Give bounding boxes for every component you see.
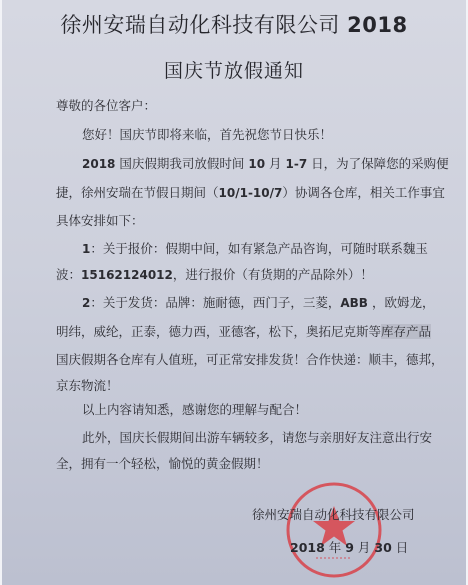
item2-highlight: 库存产品 [381, 324, 431, 339]
para1-text: 捷，徐州安瑞在节假日期间（ [56, 185, 219, 200]
para1-date-range: 10/1-10/7 [219, 186, 283, 200]
closing2-line2: 全，拥有一个轻松，愉悦的黄金假期！ [56, 454, 269, 472]
item1-text: ，进行报价（有货期的产品除外）！ [173, 267, 373, 282]
item1-line2: 波：15162124012，进行报价（有货期的产品除外）！ [56, 265, 373, 283]
closing2-line1: 此外，国庆长假期间出游车辆较多，请您与亲朋好友注意出行安 [82, 428, 432, 446]
greeting: 您好！国庆节即将来临，首先祝您节日快乐！ [82, 125, 332, 143]
page-edge-left [0, 0, 2, 585]
item2-text: ，欧姆龙， [368, 295, 434, 310]
para1-text: ）协调各仓库，相关工作事宜 [282, 185, 445, 200]
para1-days: 1-7 [286, 157, 308, 171]
item1-text: 波： [56, 267, 81, 282]
title-company: 徐州安瑞自动化科技有限公司 [60, 13, 340, 37]
brand-abb: ABB [340, 296, 368, 310]
para1-text: 国庆假期我司放假时间 [115, 156, 248, 171]
date-unit: 月 [354, 540, 374, 555]
item2-line1: 2：关于发货：品牌：施耐德，西门子，三菱，ABB ，欧姆龙， [82, 293, 434, 311]
date-unit: 日 [392, 540, 408, 555]
para1-year: 2018 [82, 157, 115, 171]
item1-line1: 1：关于报价：假期中间，如有紧急产品咨询，可随时联系魏玉 [82, 239, 428, 257]
item2-text: ：关于发货：品牌：施耐德，西门子，三菱， [90, 295, 340, 310]
company-seal [284, 480, 384, 580]
contact-phone: 15162124012 [81, 268, 173, 282]
closing1: 以上内容请知悉，感谢您的理解与配合！ [82, 400, 307, 418]
para1-month: 10 [248, 157, 265, 171]
signature-date: 2018 年 9 月 30 日 [290, 538, 408, 556]
title-year: 2018 [347, 13, 407, 37]
document-subtitle: 国庆节放假通知 [0, 56, 468, 83]
document-title: 徐州安瑞自动化科技有限公司 2018 [0, 9, 468, 39]
para1-text: 日，为了保障您的采购便 [307, 156, 448, 171]
para1-line1: 2018 国庆假期我司放假时间 10 月 1-7 日，为了保障您的采购便 [82, 154, 449, 172]
item2-line3: 国庆假期各仓库有人值班，可正常安排发货！合作快递：顺丰，德邦， [56, 350, 444, 368]
para1-text: 月 [265, 156, 285, 171]
item2-line4: 京东物流！ [56, 376, 119, 394]
item1-text: ：关于报价：假期中间，如有紧急产品咨询，可随时联系魏玉 [90, 241, 428, 256]
date-day: 30 [374, 540, 391, 555]
item2-line2: 明纬，威纶，正泰，德力西，亚德客，松下，奥拓尼克斯等库存产品 [56, 322, 431, 340]
date-year: 2018 [290, 540, 325, 555]
date-unit: 年 [325, 540, 345, 555]
date-month: 9 [345, 540, 354, 555]
signature-company: 徐州安瑞自动化科技有限公司 [252, 505, 415, 523]
para1-line2: 捷，徐州安瑞在节假日期间（10/1-10/7）协调各仓库，相关工作事宜 [56, 183, 445, 201]
salutation: 尊敬的各位客户： [56, 96, 156, 114]
item2-text: 明纬，威纶，正泰，德力西，亚德客，松下，奥拓尼克斯等 [56, 324, 381, 339]
para1-line3: 具体安排如下： [56, 211, 144, 229]
